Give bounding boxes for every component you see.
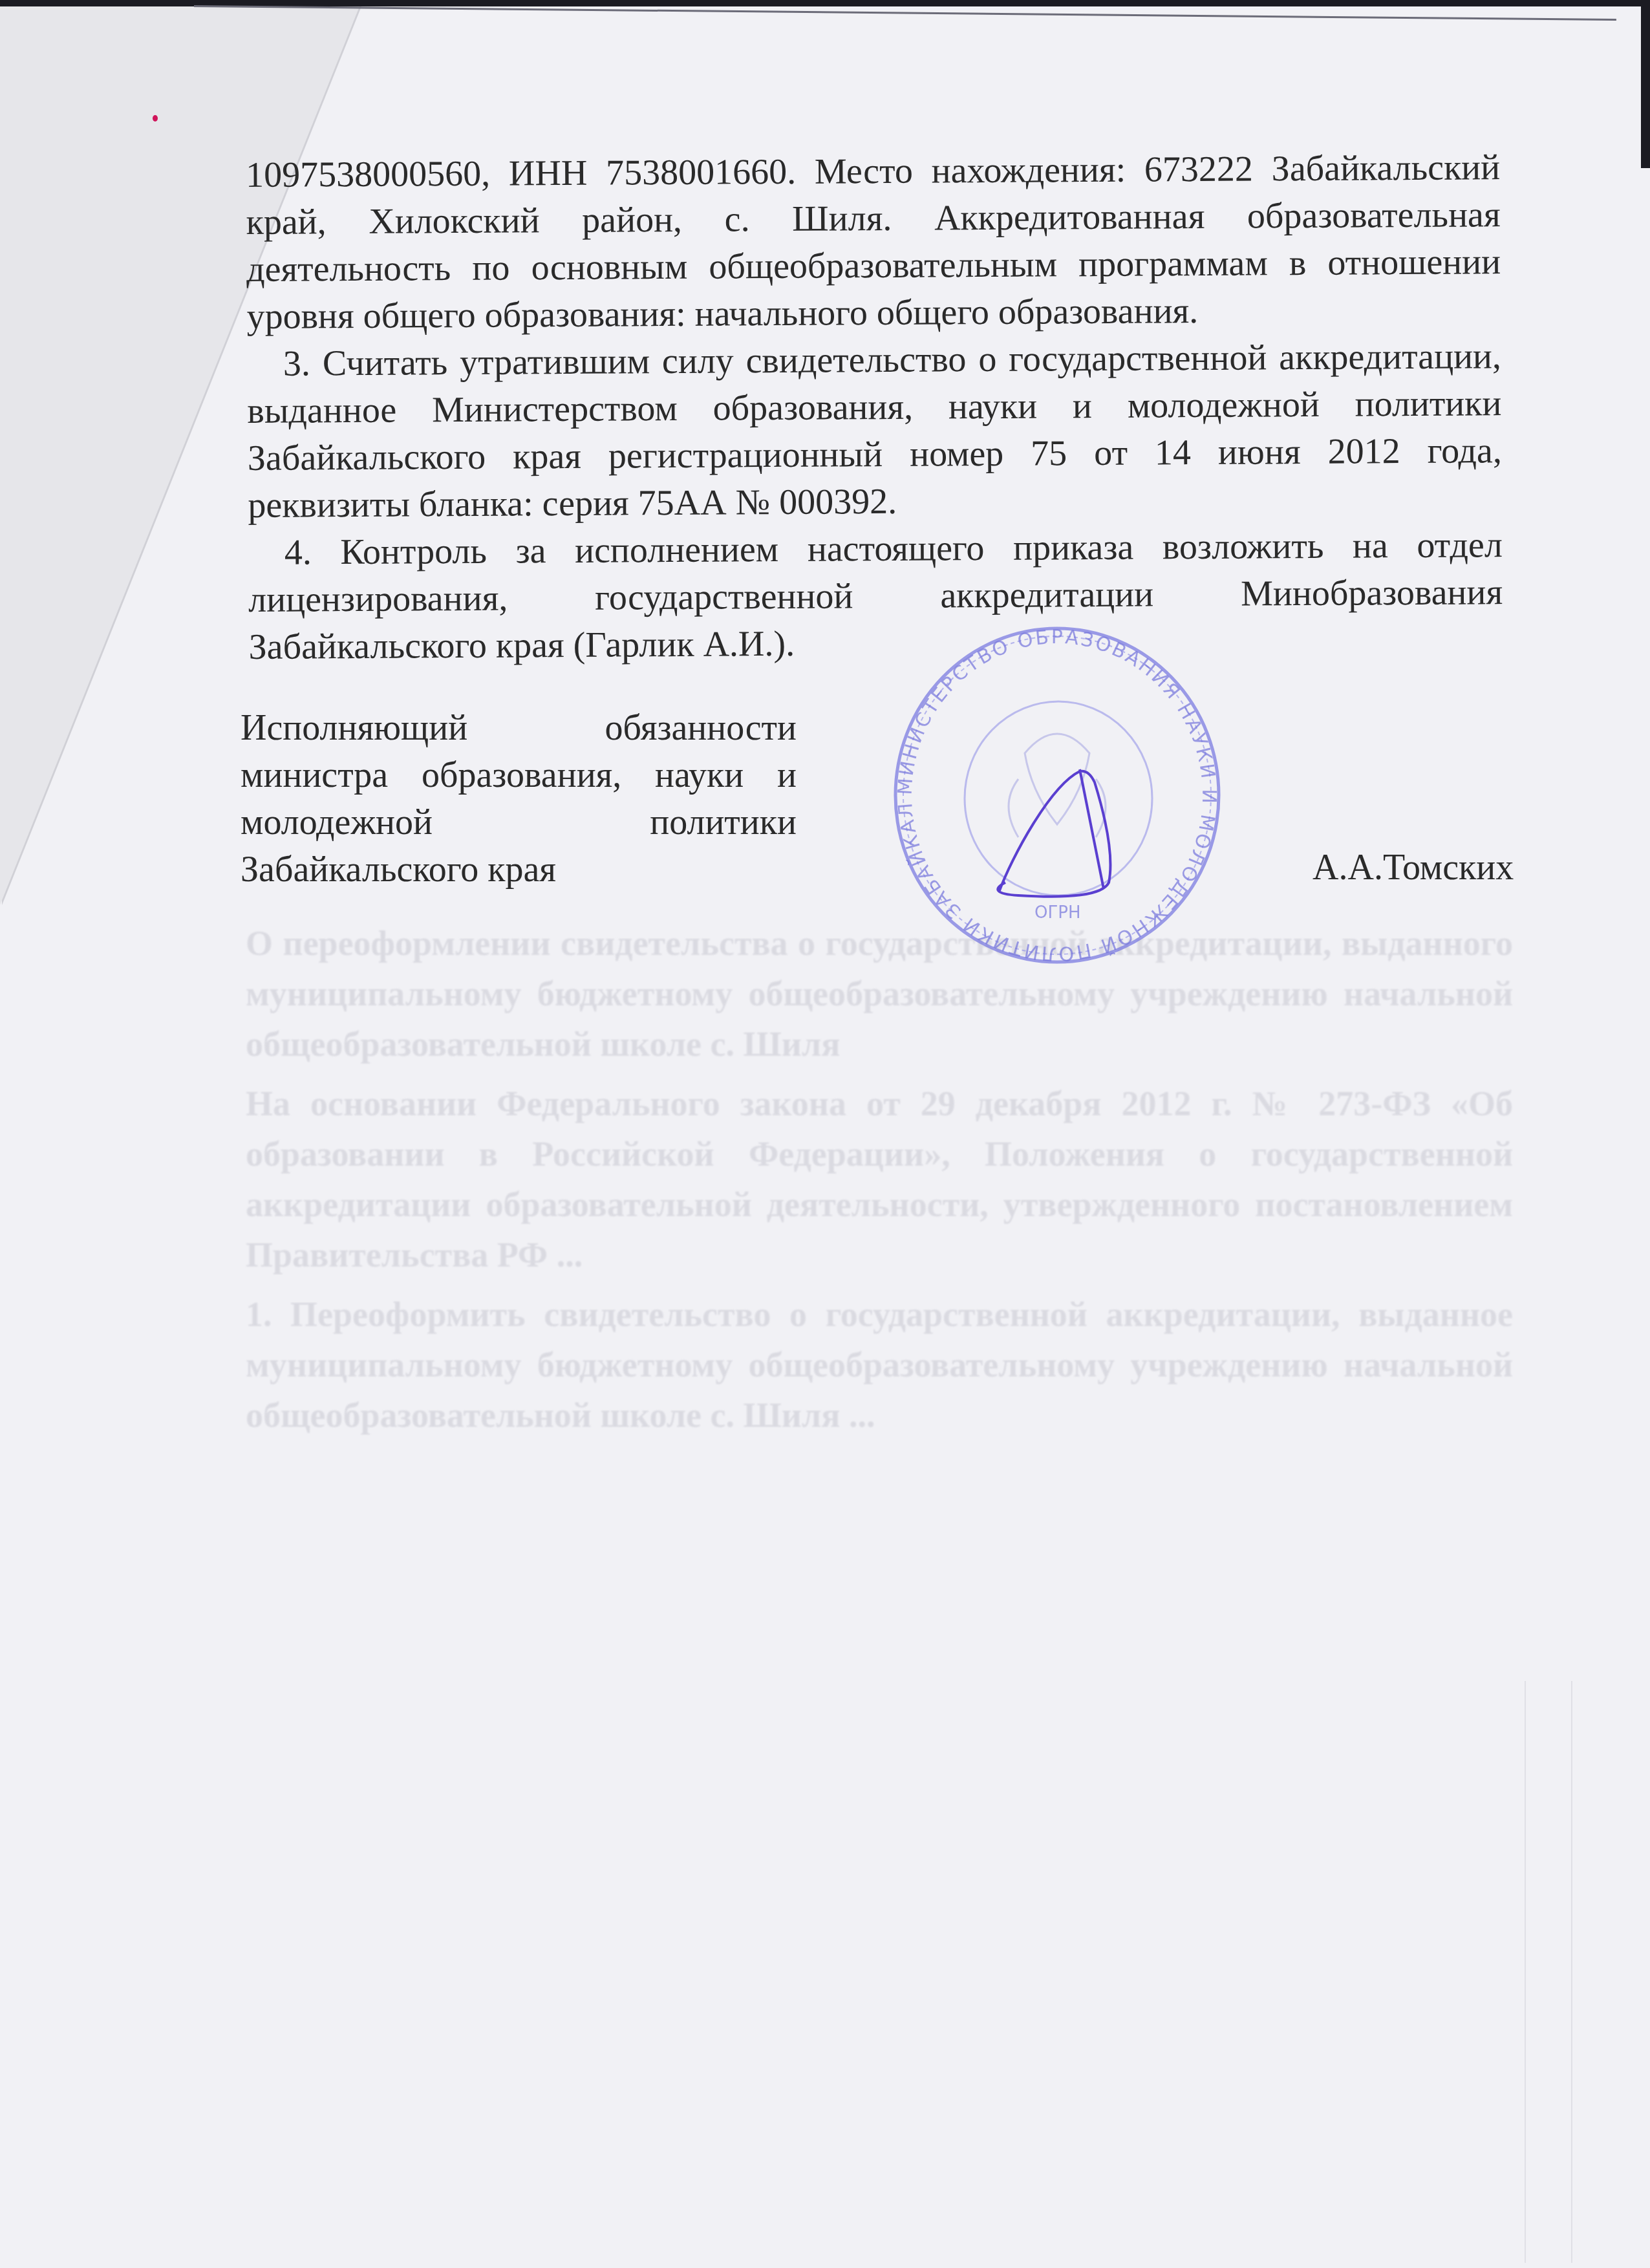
paragraph-item-4: 4. Контроль за исполнением настоящего пр… <box>248 522 1503 671</box>
ghost-paragraph: На основании Федерального закона от 29 д… <box>246 1078 1513 1280</box>
position-line: молодежной политики <box>241 799 797 846</box>
svg-text:ОГРН: ОГРН <box>1034 903 1081 923</box>
scan-artifact-strip <box>1525 1681 1572 2263</box>
position-line: Забайкальского края <box>241 846 797 893</box>
scan-right-edge <box>1641 0 1650 168</box>
ghost-paragraph: О переоформлении свидетельства о государ… <box>246 918 1513 1069</box>
paper-top-edge <box>194 5 1616 21</box>
paragraph-item-3: 3. Считать утратившим силу свидетельство… <box>247 333 1503 530</box>
document-body: 1097538000560, ИНН 7538001660. Место нах… <box>246 144 1503 671</box>
ink-mark <box>153 115 158 122</box>
bleed-through-text: О переоформлении свидетельства о государ… <box>246 918 1513 1450</box>
paragraph-continuation: 1097538000560, ИНН 7538001660. Место нах… <box>246 144 1501 341</box>
signature-position: Исполняющий обязанности министра образов… <box>241 705 797 893</box>
signatory-name: А.А.Томских <box>1312 847 1514 888</box>
position-line: Исполняющий обязанности <box>241 705 797 752</box>
position-line: министра образования, науки и <box>241 752 797 799</box>
ghost-paragraph: 1. Переоформить свидетельство о государс… <box>246 1289 1513 1440</box>
signature-scribble <box>998 769 1110 897</box>
official-seal-icon: МИНИСТЕРСТВО ОБРАЗОВАНИЯ НАУКИ И МОЛОДЕЖ… <box>889 624 1225 967</box>
